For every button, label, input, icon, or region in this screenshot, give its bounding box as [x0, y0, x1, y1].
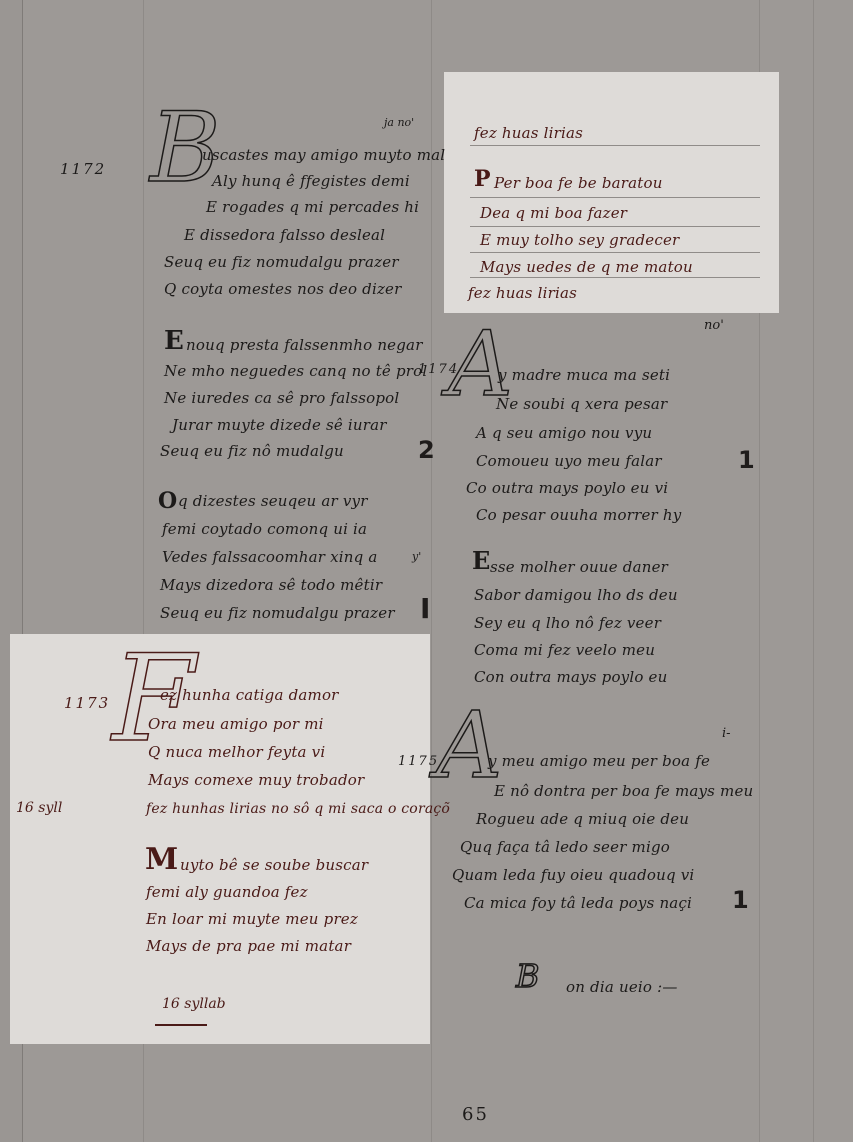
verse-line: Quam leda fuy oieu quadouq vi	[452, 866, 694, 884]
verse-line: fez huas lirias	[468, 284, 577, 302]
ruling-line	[431, 0, 432, 1142]
verse-line: Co outra mays poylo eu vi	[466, 479, 668, 497]
paragraph-mark: I	[420, 592, 430, 625]
verse-line: Vedes falssacoomhar xinq a	[162, 548, 378, 566]
stanza-initial: P	[474, 166, 491, 192]
verse-line: femi aly guandoa fez	[146, 883, 308, 901]
verse-line: Co pesar ouuha morrer hy	[476, 506, 681, 524]
stanza-initial: O	[158, 488, 177, 514]
verse-line: A q seu amigo nou vyu	[476, 424, 652, 442]
poem-number: 1175	[398, 754, 439, 769]
syllable-note: 16 syllab	[162, 996, 226, 1012]
verse-line: q dizestes seuqeu ar vyr	[178, 492, 368, 510]
ruling-line	[470, 277, 760, 278]
ruling-line	[813, 0, 814, 1142]
verse-line: Seuq eu fiz nô mudalgu	[160, 442, 344, 460]
verse-line: Sey eu q lho nô fez veer	[474, 614, 661, 632]
verse-line: femi coytado comonq ui ia	[162, 520, 367, 538]
verse-line: Ora meu amigo por mi	[148, 715, 324, 733]
stanza-initial: M	[145, 842, 178, 877]
verse-line: Mays comexe muy trobador	[148, 771, 364, 789]
verse-line: uscastes may amigo muyto mal	[202, 146, 445, 164]
verse-line: Mays de pra pae mi matar	[146, 937, 351, 955]
verse-line: Rogueu ade q miuq oie deu	[476, 810, 689, 828]
poem-number: 1173	[64, 694, 110, 712]
verse-line: Per boa fe be baratou	[494, 174, 663, 192]
closing-text: on dia ueio :—	[566, 978, 678, 996]
paragraph-mark: 1	[738, 446, 755, 474]
verse-line: Aly hunq ê ffegistes demi	[212, 172, 410, 190]
corner-note: ja no'	[384, 116, 414, 129]
verse-line: E dissedora falsso desleal	[184, 226, 385, 244]
stanza-initial: E	[472, 546, 490, 575]
verse-line: Quq faça tâ ledo seer migo	[460, 838, 670, 856]
verse-line: Seuq eu fiz nomudalgu prazer	[160, 604, 395, 622]
verse-line: Ne iuredes ca sê pro falssopol	[164, 389, 399, 407]
ruling-line	[470, 197, 760, 198]
verse-line: Ca mica foy tâ leda poys naçi	[464, 894, 692, 912]
folio-number: 65	[462, 1104, 489, 1125]
verse-line: Comoueu uyo meu falar	[476, 452, 662, 470]
poem-number: 1172	[60, 160, 106, 178]
ruling-line	[470, 226, 760, 227]
stanza-initial: E	[164, 326, 184, 356]
verse-line: E nô dontra per boa fe mays meu	[494, 782, 753, 800]
verse-line: nouq presta falssenmho negar	[186, 336, 423, 354]
verse-line: Coma mi fez veelo meu	[474, 641, 655, 659]
verse-line: E rogades q mi percades hi	[206, 198, 419, 216]
paragraph-mark: 1	[732, 886, 749, 914]
verse-line: y madre muca ma seti	[498, 366, 670, 384]
verse-line: Mays dizedora sê todo mêtir	[160, 576, 382, 594]
verse-line: Jurar muyte dizede sê iurar	[172, 416, 387, 434]
ruling-line	[470, 252, 760, 253]
verse-line: y meu amigo meu per boa fe	[488, 752, 710, 770]
verse-line: E muy tolho sey gradecer	[480, 231, 679, 249]
paragraph-mark: 2	[418, 436, 435, 464]
verse-line: Mays uedes de q me matou	[480, 258, 693, 276]
verse-line: Ne soubi q xera pesar	[496, 395, 667, 413]
margin-note: y'	[412, 550, 421, 563]
verse-line: Dea q mi boa fazer	[480, 204, 627, 222]
decorated-initial: A	[436, 700, 502, 792]
corner-note: i-	[722, 726, 731, 741]
verse-line: fez huas lirias	[474, 124, 583, 142]
verse-line: fez hunhas lirias no sô q mi saca o cora…	[146, 801, 450, 817]
verse-line: En loar mi muyte meu prez	[146, 910, 358, 928]
ruling-line	[470, 145, 760, 146]
verse-line: Q coyta omestes nos deo dizer	[164, 280, 402, 298]
verse-line: sse molher ouue daner	[490, 558, 668, 576]
verse-line: Sabor damigou lho ds deu	[474, 586, 678, 604]
verse-line: uyto bê se soube buscar	[180, 856, 368, 874]
verse-line: Seuq eu fiz nomudalgu prazer	[164, 253, 399, 271]
syllable-note: 16 syll	[16, 800, 62, 816]
verse-line: Q nuca melhor feyta vi	[148, 743, 325, 761]
corner-note: no'	[704, 318, 724, 333]
verse-line: Con outra mays poylo eu	[474, 668, 667, 686]
verse-line: Ne mho neguedes canq no tê prol	[164, 362, 427, 380]
underline-stroke	[155, 1024, 207, 1026]
closing-initial: B	[516, 960, 540, 992]
verse-line: ez hunha catiga damor	[160, 686, 339, 704]
